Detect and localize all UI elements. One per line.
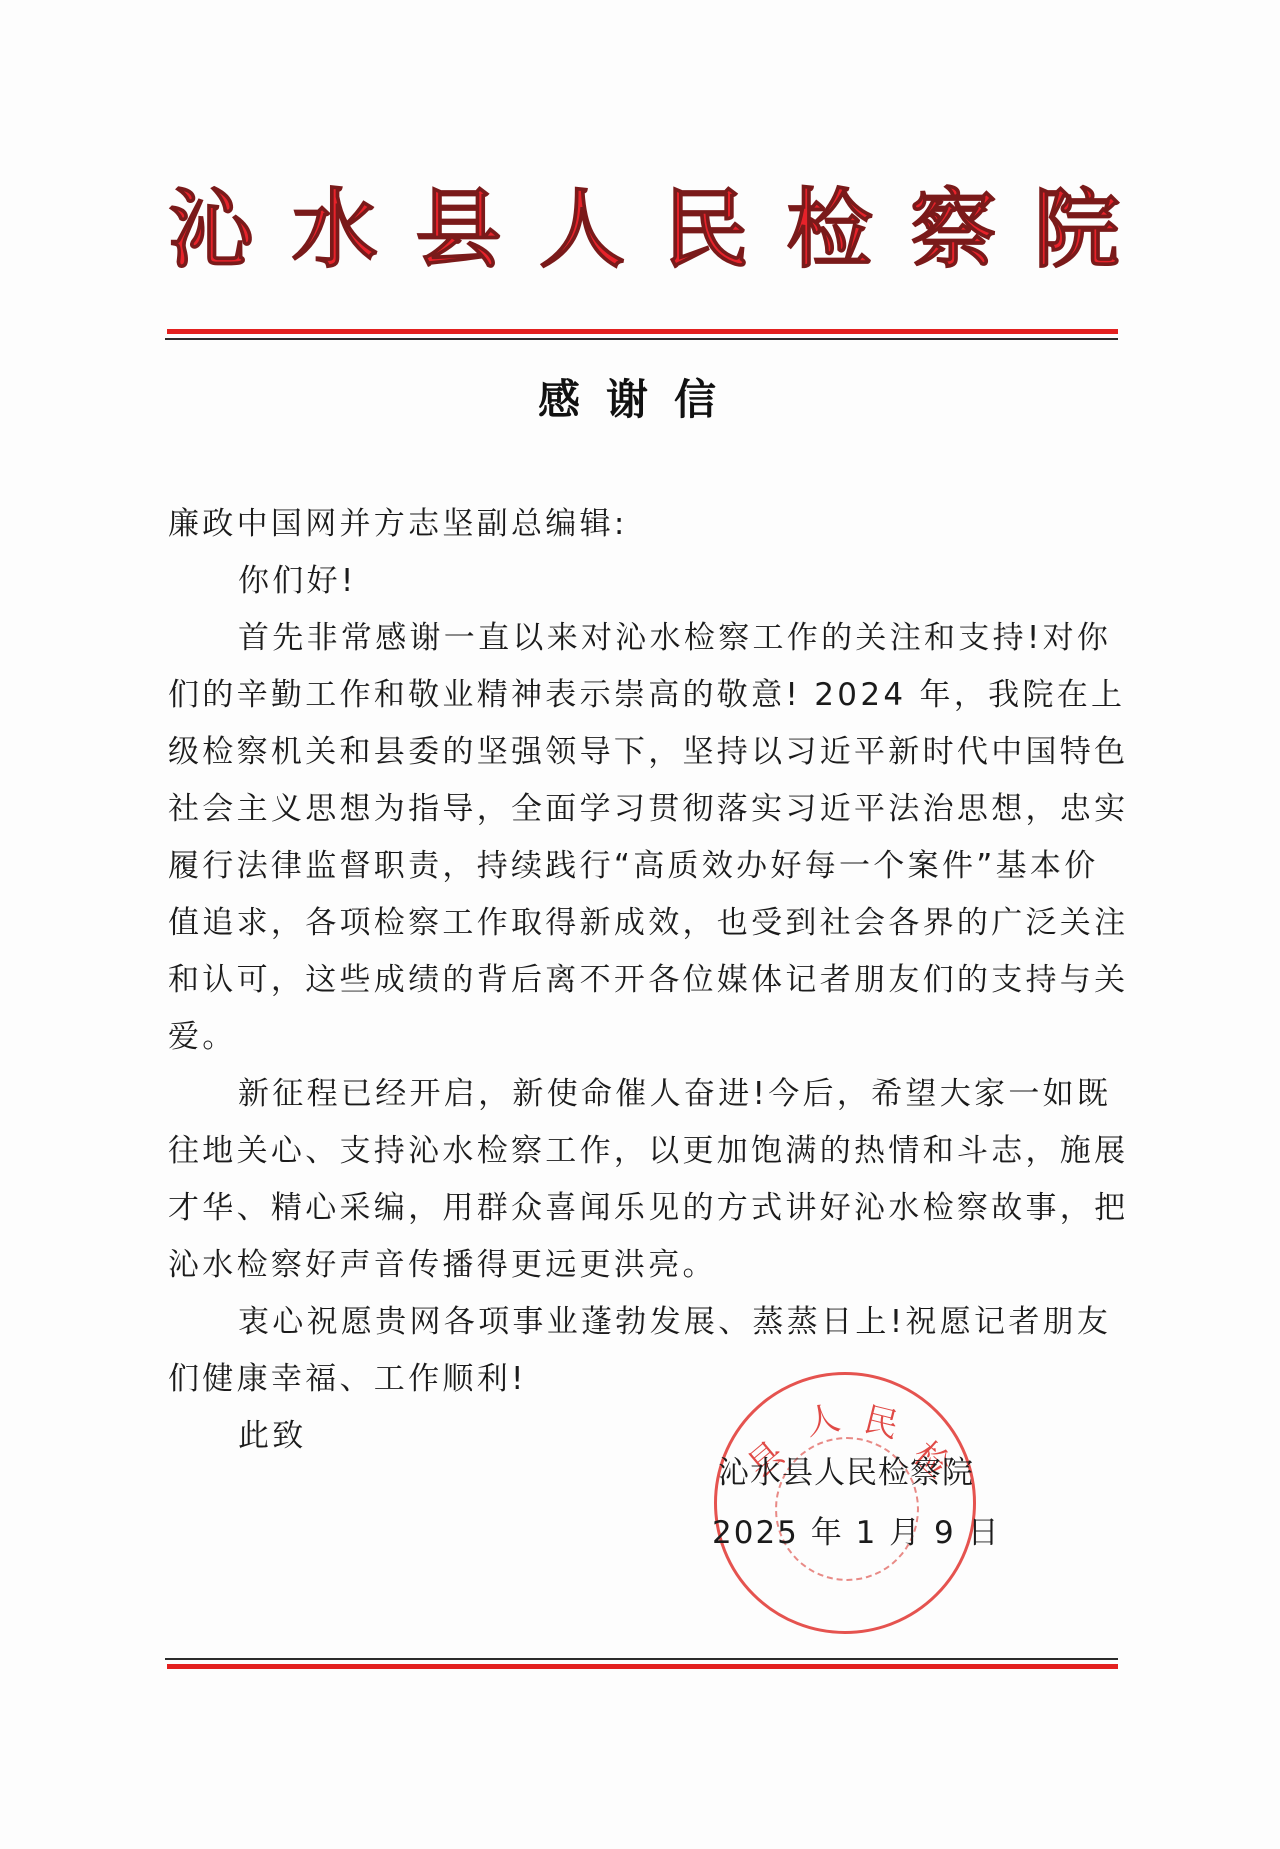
seal-char: 人 bbox=[800, 1390, 843, 1445]
signature-date: 2025 年 1 月 9 日 bbox=[712, 1508, 1001, 1558]
body-line: 首先非常感谢一直以来对沁水检察工作的关注和支持!对你 bbox=[168, 610, 1128, 667]
body-line: 爱。 bbox=[168, 1009, 1128, 1066]
letterhead-char: 察 bbox=[910, 180, 996, 280]
document-title: 感谢信 bbox=[0, 372, 1280, 428]
body-line: 们的辛勤工作和敬业精神表示崇高的敬意! 2024 年，我院在上 bbox=[168, 667, 1128, 724]
footer-rule-red bbox=[167, 1664, 1118, 1669]
salutation: 廉政中国网并方志坚副总编辑: bbox=[168, 496, 1128, 553]
body-line: 社会主义思想为指导，全面学习贯彻落实习近平法治思想，忠实 bbox=[168, 781, 1128, 838]
body-line: 级检察机关和县委的坚强领导下，坚持以习近平新时代中国特色 bbox=[168, 724, 1128, 781]
letter-body: 廉政中国网并方志坚副总编辑: 你们好! 首先非常感谢一直以来对沁水检察工作的关注… bbox=[168, 496, 1128, 1465]
body-line: 们健康幸福、工作顺利! bbox=[168, 1351, 1128, 1408]
letterhead-char: 院 bbox=[1034, 180, 1120, 280]
body-line: 值追求，各项检察工作取得新成效，也受到社会各界的广泛关注 bbox=[168, 895, 1128, 952]
greeting: 你们好! bbox=[168, 553, 1128, 610]
body-line: 履行法律监督职责，持续践行“高质效办好每一个案件”基本价 bbox=[168, 838, 1128, 895]
header-rule-dark bbox=[165, 338, 1118, 340]
body-line: 和认可，这些成绩的背后离不开各位媒体记者朋友们的支持与关 bbox=[168, 952, 1128, 1009]
letter-page: 沁 水 县 人 民 检 察 院 感谢信 廉政中国网并方志坚副总编辑: 你们好! … bbox=[0, 0, 1280, 1849]
letterhead-char: 水 bbox=[292, 180, 378, 280]
letterhead-char: 县 bbox=[415, 180, 501, 280]
body-line: 沁水检察好声音传播得更远更洪亮。 bbox=[168, 1237, 1128, 1294]
body-line: 衷心祝愿贵网各项事业蓬勃发展、蒸蒸日上!祝愿记者朋友 bbox=[168, 1294, 1128, 1351]
letterhead-organization: 沁 水 县 人 民 检 察 院 bbox=[168, 180, 1120, 280]
letterhead-char: 民 bbox=[663, 180, 749, 280]
footer-rule-dark bbox=[165, 1658, 1118, 1660]
letterhead-char: 检 bbox=[787, 180, 873, 280]
letterhead-char: 沁 bbox=[168, 180, 254, 280]
body-line: 往地关心、支持沁水检察工作，以更加饱满的热情和斗志，施展 bbox=[168, 1123, 1128, 1180]
letterhead-char: 人 bbox=[539, 180, 625, 280]
body-line: 才华、精心采编，用群众喜闻乐见的方式讲好沁水检察故事，把 bbox=[168, 1180, 1128, 1237]
official-seal: 县 人 民 检 bbox=[714, 1372, 976, 1634]
signature-organization: 沁水县人民检察院 bbox=[718, 1448, 974, 1498]
header-rule-red bbox=[167, 329, 1118, 334]
closing: 此致 bbox=[168, 1408, 1128, 1465]
body-line: 新征程已经开启，新使命催人奋进!今后，希望大家一如既 bbox=[168, 1066, 1128, 1123]
seal-char: 民 bbox=[860, 1392, 905, 1448]
